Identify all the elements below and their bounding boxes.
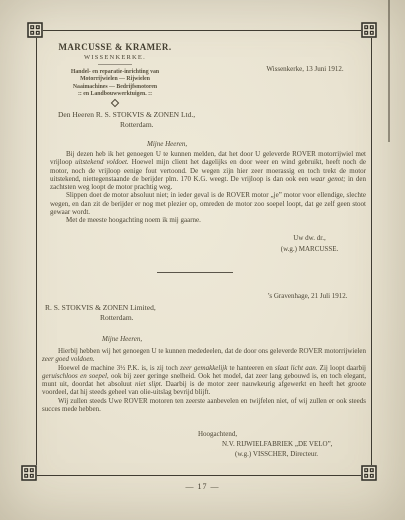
letter2-signoff-courtesy: Hoogachtend, bbox=[172, 429, 382, 439]
scan-edge-artifact bbox=[388, 0, 390, 142]
letter2-signoff: Hoogachtend, N.V. RIJWIELFABRIEK „DE VEL… bbox=[172, 429, 382, 459]
corner-ornament-icon bbox=[361, 465, 377, 481]
corner-ornament-icon bbox=[27, 22, 43, 38]
letter2-paragraph-3: Wij zullen steeds Uwe ROVER motoren ten … bbox=[42, 397, 366, 414]
letter1-addressee-name: Den Heeren R. S. STOKVIS & ZONEN Ltd., bbox=[58, 110, 195, 120]
letter2-paragraph-2: Hoewel de machine 3½ P.K. is, is zij toc… bbox=[42, 364, 366, 397]
letter2-addressee: R. S. STOKVIS & ZONEN Limited, Rotterdam… bbox=[45, 303, 156, 323]
letter2-addressee-name: R. S. STOKVIS & ZONEN Limited, bbox=[45, 303, 156, 313]
letter2-body: Hierbij hebben wij het genoegen U te kun… bbox=[42, 347, 366, 413]
letter2-signature: (w.g.) VISSCHER, Directeur. bbox=[172, 449, 382, 459]
letter1-signoff-courtesy: Uw dw. dr., bbox=[252, 233, 367, 244]
letter1-signoff: Uw dw. dr., (w.g.) MARCUSSE. bbox=[252, 233, 367, 254]
letterhead-description-line: Handel- en reparatie-inrichting van bbox=[50, 69, 180, 76]
letter1-closing-line: Met de meeste hoogachting noem ik mij ga… bbox=[50, 216, 366, 224]
letter2-paragraph-1: Hierbij hebben wij het genoegen U te kun… bbox=[42, 347, 366, 364]
corner-ornament-icon bbox=[361, 22, 377, 38]
letter1-addressee-city: Rotterdam. bbox=[120, 120, 195, 130]
letter1-signature: (w.g.) MARCUSSE. bbox=[252, 244, 367, 255]
letterhead-description-line: :: en Landbouwwerktuigen. :: bbox=[50, 91, 180, 98]
letter2-salutation: Mijne Heeren, bbox=[102, 335, 142, 343]
letter2-addressee-city: Rotterdam. bbox=[100, 313, 156, 323]
letterhead-description-line: Naaimachines — Bedrijfsmotoren bbox=[50, 84, 180, 91]
letter1-paragraph-1: Bij dezen heb ik het genoegen U te kunne… bbox=[50, 150, 366, 191]
letterhead-company-name: MARCUSSE & KRAMER. bbox=[50, 42, 180, 52]
letter1-paragraph-2: Slippen doet de motor absoluut niet; in … bbox=[50, 191, 366, 216]
letterhead: MARCUSSE & KRAMER. WISSENKERKE. Handel- … bbox=[50, 42, 180, 99]
letter1-dateline: Wissenkerke, 13 Juni 1912. bbox=[240, 65, 370, 73]
letter1-salutation: Mijne Heeren, bbox=[147, 140, 187, 148]
letterhead-description-line: Motorrijwielen — Rijwielen bbox=[50, 76, 180, 83]
letterhead-divider bbox=[98, 64, 132, 65]
letter2-dateline: ’s Gravenhage, 21 Juli 1912. bbox=[245, 292, 370, 300]
letter1-body: Bij dezen heb ik het genoegen U te kunne… bbox=[50, 150, 366, 225]
letter2-signoff-company: N.V. RIJWIELFABRIEK „DE VELO”, bbox=[172, 439, 382, 449]
letter-separator-rule bbox=[157, 272, 233, 273]
letterhead-city: WISSENKERKE. bbox=[50, 54, 180, 61]
corner-ornament-icon bbox=[21, 465, 37, 481]
scanned-letter-page: MARCUSSE & KRAMER. WISSENKERKE. Handel- … bbox=[0, 0, 405, 520]
letter1-addressee: Den Heeren R. S. STOKVIS & ZONEN Ltd., R… bbox=[58, 110, 195, 130]
page-number: — 17 — bbox=[0, 482, 405, 491]
